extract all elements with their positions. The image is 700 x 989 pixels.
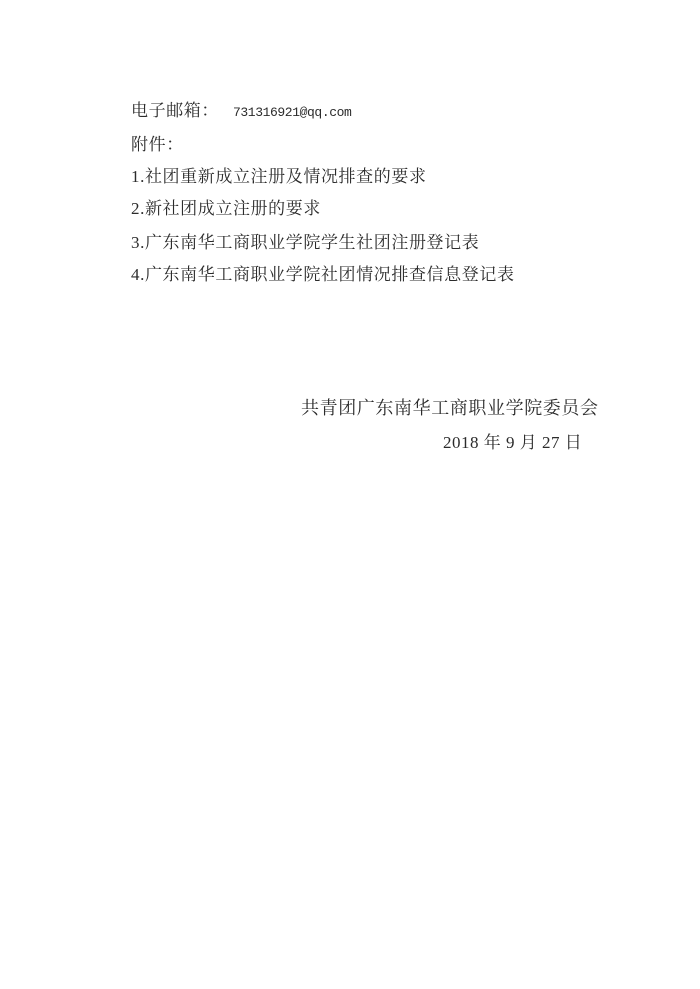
email-address: 731316921@qq.com bbox=[233, 105, 351, 120]
signature-date: 2018 年 9 月 27 日 bbox=[443, 431, 582, 455]
document-page: 电子邮箱：731316921@qq.com 附件： 1.社团重新成立注册及情况排… bbox=[0, 0, 700, 989]
email-line: 电子邮箱：731316921@qq.com bbox=[131, 100, 351, 124]
attachment-item-1: 1.社团重新成立注册及情况排查的要求 bbox=[131, 166, 427, 188]
attachment-item-4: 4.广东南华工商职业学院社团情况排查信息登记表 bbox=[131, 264, 515, 286]
signature-organization: 共青团广东南华工商职业学院委员会 bbox=[301, 396, 599, 420]
email-label: 电子邮箱： bbox=[131, 101, 219, 120]
attachments-heading: 附件： bbox=[131, 134, 184, 156]
attachment-item-2: 2.新社团成立注册的要求 bbox=[131, 198, 321, 220]
attachment-item-3: 3.广东南华工商职业学院学生社团注册登记表 bbox=[131, 232, 479, 254]
